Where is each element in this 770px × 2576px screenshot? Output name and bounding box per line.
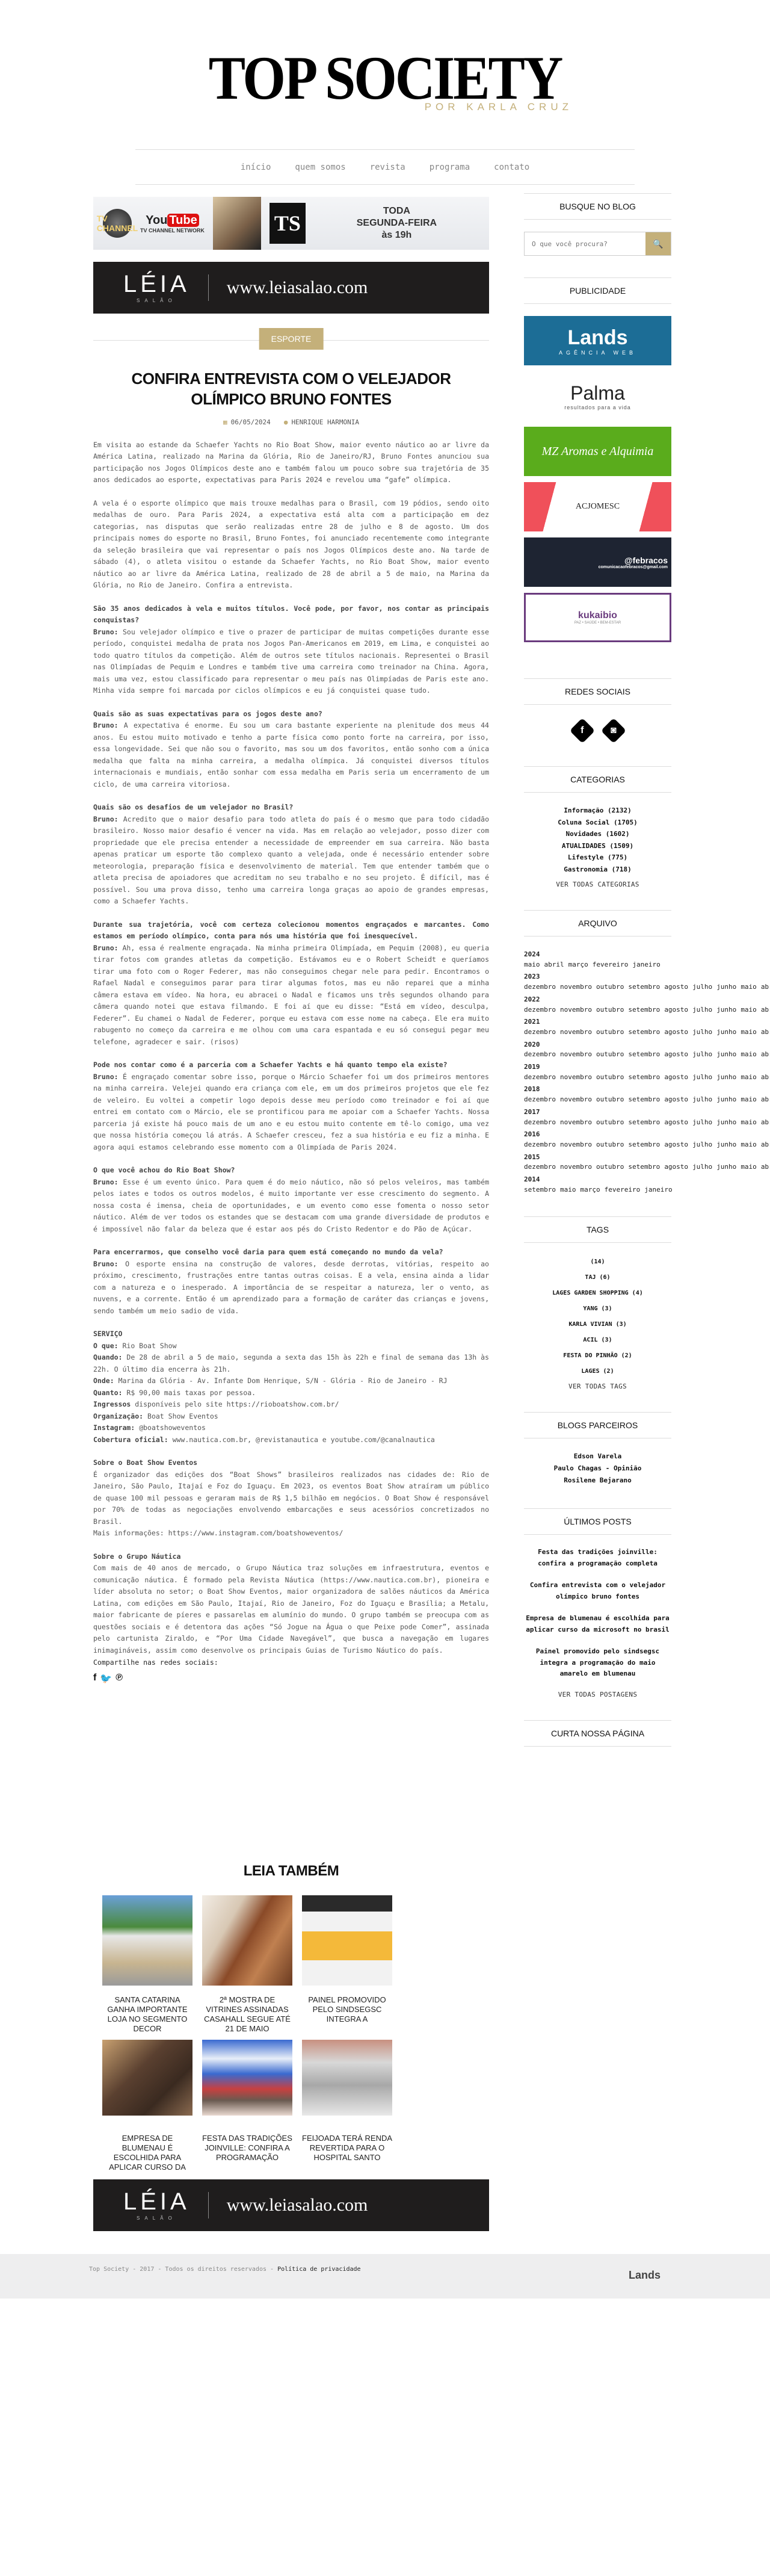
archive-year[interactable]: 2022 bbox=[524, 995, 671, 1005]
archive-month-link[interactable]: maio bbox=[741, 1073, 757, 1081]
archive-month-link[interactable]: abril bbox=[761, 1095, 770, 1103]
archive-year[interactable]: 2021 bbox=[524, 1017, 671, 1027]
latest-post-link[interactable]: Empresa de blumenau é escolhida para apl… bbox=[524, 1613, 671, 1635]
tag-link[interactable]: ACIL (3) bbox=[524, 1337, 671, 1343]
qa-block: Quais são as suas expectativas para os j… bbox=[93, 708, 489, 791]
archive-month-link[interactable]: abril bbox=[761, 1163, 770, 1171]
archive-month-link[interactable]: abril bbox=[761, 1141, 770, 1148]
archive-month-link[interactable]: julho bbox=[692, 1095, 712, 1103]
archive-month-link[interactable]: setembro bbox=[628, 1141, 660, 1148]
facebook-share-icon[interactable]: f bbox=[93, 1673, 96, 1685]
related-grid: SANTA CATARINA GANHA IMPORTANTE LOJA NO … bbox=[102, 1895, 489, 2173]
archive-month-link[interactable]: maio bbox=[741, 983, 757, 991]
archive-month-link[interactable]: maio bbox=[741, 1163, 757, 1171]
schedule-text: TODA SEGUNDA-FEIRA às 19h bbox=[314, 205, 479, 241]
widget-title: ÚLTIMOS POSTS bbox=[524, 1508, 671, 1535]
archive-month-link[interactable]: fevereiro bbox=[605, 1186, 641, 1194]
archive-month-link[interactable]: abril bbox=[761, 1028, 770, 1036]
archive-year[interactable]: 2018 bbox=[524, 1085, 671, 1095]
archive-month-link[interactable]: novembro bbox=[560, 1163, 592, 1171]
archive-month-link[interactable]: dezembro bbox=[524, 1141, 556, 1148]
latest-post-link[interactable]: Painel promovido pelo sindsegsc integra … bbox=[524, 1646, 671, 1680]
article-body: Em visita ao estande da Schaefer Yachts … bbox=[93, 439, 489, 1685]
site-footer: Top Society - 2017 - Todos os direitos r… bbox=[0, 2254, 770, 2299]
tag-link[interactable]: LAGES GARDEN SHOPPING (4) bbox=[524, 1290, 671, 1296]
nav-inicio[interactable]: início bbox=[241, 163, 271, 172]
archive-month-link[interactable]: dezembro bbox=[524, 1163, 556, 1171]
post-date: ▦06/05/2024 bbox=[223, 418, 271, 426]
ads-widget: PUBLICIDADE LandsAGÊNCIA WEB Palmaresult… bbox=[524, 277, 671, 642]
category-link[interactable]: Gastronomia (718) bbox=[524, 864, 671, 876]
top-society-logo: TS bbox=[269, 203, 306, 244]
archive-month-link[interactable]: junho bbox=[716, 1073, 736, 1081]
ad-mz-aromas[interactable]: MZ Aromas e Alquimia bbox=[524, 427, 671, 476]
qa-block: Quais são os desafios de um velejador no… bbox=[93, 802, 489, 908]
search-icon: 🔍 bbox=[653, 239, 663, 249]
archive-months: dezembronovembrooutubrosetembroagostojul… bbox=[524, 1073, 671, 1083]
qa-block: Durante sua trajetória, você com certeza… bbox=[93, 919, 489, 1048]
qa-block: São 35 anos dedicados à vela e muitos tí… bbox=[93, 603, 489, 697]
archive-month-link[interactable]: agosto bbox=[664, 1050, 688, 1058]
main-content: TV CHANNEL YouTube TV CHANNEL NETWORK TS… bbox=[93, 193, 489, 2231]
archive-year[interactable]: 2020 bbox=[524, 1040, 671, 1050]
nav-quem-somos[interactable]: quem somos bbox=[295, 163, 345, 172]
archive-month-link[interactable]: outubro bbox=[596, 1163, 624, 1171]
related-image[interactable] bbox=[202, 1895, 292, 1986]
tag-link[interactable]: KARLA VIVIAN (3) bbox=[524, 1321, 671, 1328]
archive-months: setembromaiomarçofevereirojaneiro bbox=[524, 1185, 671, 1195]
tag-link[interactable]: TAJ (6) bbox=[524, 1274, 671, 1281]
related-image[interactable] bbox=[302, 1895, 392, 1986]
widget-title: ARQUIVO bbox=[524, 910, 671, 937]
leia-url: www.leiasalao.com bbox=[227, 277, 368, 298]
twitter-share-icon[interactable]: 🐦 bbox=[100, 1673, 112, 1685]
archive-month-link[interactable]: julho bbox=[692, 1028, 712, 1036]
archive-month-link[interactable]: abril bbox=[761, 1006, 770, 1014]
copyright: Top Society - 2017 - Todos os direitos r… bbox=[89, 2266, 361, 2273]
qa-block: O que você achou do Rio Boat Show?Bruno:… bbox=[93, 1165, 489, 1235]
leia-salao-banner-bottom[interactable]: LÉIASALÃO www.leiasalao.com bbox=[93, 2179, 489, 2231]
banner-divider bbox=[208, 274, 209, 301]
archive-month-link[interactable]: março bbox=[580, 1186, 600, 1194]
instagram-icon[interactable]: ◙ bbox=[600, 718, 626, 743]
widget-title: TAGS bbox=[524, 1216, 671, 1243]
privacy-link[interactable]: Política de privacidade bbox=[277, 2266, 360, 2273]
archive-month-link[interactable]: junho bbox=[716, 1028, 736, 1036]
tv-channel-banner[interactable]: TV CHANNEL YouTube TV CHANNEL NETWORK TS… bbox=[93, 197, 489, 250]
search-button[interactable]: 🔍 bbox=[645, 232, 671, 255]
archive-month-link[interactable]: setembro bbox=[628, 1163, 660, 1171]
archive-month-link[interactable]: novembro bbox=[560, 1141, 592, 1148]
share-label: Compartilhe nas redes sociais: bbox=[93, 1657, 489, 1669]
article-title: CONFIRA ENTREVISTA COM O VELEJADOR OLÍMP… bbox=[93, 369, 489, 410]
archive-month-link[interactable]: novembro bbox=[560, 1006, 592, 1014]
leia-logo: LÉIASALÃO bbox=[123, 2190, 190, 2221]
related-image[interactable] bbox=[302, 2040, 392, 2116]
about-boatshow: Sobre o Boat Show Eventos É organizador … bbox=[93, 1457, 489, 1540]
sidebar: BUSQUE NO BLOG 🔍 PUBLICIDADE LandsAGÊNCI… bbox=[524, 193, 671, 2231]
search-input[interactable] bbox=[525, 232, 645, 255]
archive-month-link[interactable]: maio bbox=[741, 1095, 757, 1103]
related-card[interactable]: PAINEL PROMOVIDO PELO SINDSEGSC INTEGRA … bbox=[302, 1895, 392, 2035]
tag-link[interactable]: FESTA DO PINHÃO (2) bbox=[524, 1352, 671, 1359]
archive-months: dezembronovembrooutubrosetembroagostojul… bbox=[524, 1140, 671, 1150]
latest-post-link[interactable]: Festa das tradições joinville: confira a… bbox=[524, 1547, 671, 1569]
archive-month-link[interactable]: dezembro bbox=[524, 1073, 556, 1081]
archive-month-link[interactable]: maio bbox=[741, 1141, 757, 1148]
site-tagline: POR KARLA CRUZ bbox=[425, 101, 573, 113]
category-link[interactable]: Coluna Social (1705) bbox=[524, 817, 671, 829]
archive-month-link[interactable]: julho bbox=[692, 1050, 712, 1058]
archive-month-link[interactable]: maio bbox=[741, 1118, 757, 1126]
article-meta: ▦06/05/2024 ●HENRIQUE HARMONIA bbox=[93, 418, 489, 426]
category-badge[interactable]: ESPORTE bbox=[259, 328, 324, 350]
site-header: TOP SOCIETY POR KARLA CRUZ bbox=[0, 0, 770, 149]
archive-month-link[interactable]: maio bbox=[560, 1186, 576, 1194]
archive-year[interactable]: 2019 bbox=[524, 1062, 671, 1073]
widget-title: REDES SOCIAIS bbox=[524, 678, 671, 705]
related-image[interactable] bbox=[102, 2040, 192, 2116]
tags-widget: TAGS (14) TAJ (6) LAGES GARDEN SHOPPING … bbox=[524, 1216, 671, 1390]
widget-title: BLOGS PARCEIROS bbox=[524, 1412, 671, 1438]
partners-widget: BLOGS PARCEIROS Edson Varela Paulo Chaga… bbox=[524, 1412, 671, 1487]
archive-month-link[interactable]: setembro bbox=[524, 1186, 556, 1194]
archive-month-link[interactable]: agosto bbox=[664, 1006, 688, 1014]
archive-month-link[interactable]: agosto bbox=[664, 983, 688, 991]
archive-month-link[interactable]: setembro bbox=[628, 1050, 660, 1058]
archive-month-link[interactable]: julho bbox=[692, 1118, 712, 1126]
archive-month-link[interactable]: dezembro bbox=[524, 1118, 556, 1126]
social-widget: REDES SOCIAIS f ◙ bbox=[524, 678, 671, 743]
archive-months: dezembronovembrooutubrosetembroagostojul… bbox=[524, 1005, 671, 1015]
all-categories-link[interactable]: VER TODAS CATEGORIAS bbox=[524, 881, 671, 888]
latest-posts-widget: ÚLTIMOS POSTS Festa das tradições joinvi… bbox=[524, 1508, 671, 1698]
archive-month-link[interactable]: maio bbox=[524, 961, 540, 968]
archive-month-link[interactable]: maio bbox=[741, 1006, 757, 1014]
intro-paragraph: A vela é o esporte olímpico que mais tro… bbox=[93, 498, 489, 592]
about-nautica: Sobre o Grupo Náutica Com mais de 40 ano… bbox=[93, 1551, 489, 1657]
archive-year[interactable]: 2017 bbox=[524, 1107, 671, 1118]
presenter-photo bbox=[213, 197, 261, 250]
archive-month-link[interactable]: dezembro bbox=[524, 1095, 556, 1103]
archive-month-link[interactable]: maio bbox=[741, 1028, 757, 1036]
intro-paragraph: Em visita ao estande da Schaefer Yachts … bbox=[93, 439, 489, 486]
archive-month-link[interactable]: novembro bbox=[560, 1050, 592, 1058]
archive-month-link[interactable]: outubro bbox=[596, 1118, 624, 1126]
related-card[interactable]: SANTA CATARINA GANHA IMPORTANTE LOJA NO … bbox=[102, 1895, 192, 2035]
archive-month-link[interactable]: julho bbox=[692, 1006, 712, 1014]
post-author[interactable]: ●HENRIQUE HARMONIA bbox=[284, 418, 359, 426]
qa-block: Pode nos contar como é a parceria com a … bbox=[93, 1059, 489, 1153]
archive-month-link[interactable]: maio bbox=[741, 1050, 757, 1058]
ad-lands[interactable]: LandsAGÊNCIA WEB bbox=[524, 316, 671, 365]
partner-link[interactable]: Paulo Chagas - Opinião bbox=[524, 1463, 671, 1475]
archive-month-link[interactable]: setembro bbox=[628, 1118, 660, 1126]
category-link[interactable]: Informação (2132) bbox=[524, 805, 671, 817]
archive-year[interactable]: 2014 bbox=[524, 1175, 671, 1185]
all-tags-link[interactable]: VER TODAS TAGS bbox=[524, 1382, 671, 1390]
archive-month-link[interactable]: agosto bbox=[664, 1141, 688, 1148]
archive-month-link[interactable]: outubro bbox=[596, 1141, 624, 1148]
archive-month-link[interactable]: junho bbox=[716, 1141, 736, 1148]
archive-month-link[interactable]: junho bbox=[716, 1118, 736, 1126]
archive-month-link[interactable]: junho bbox=[716, 983, 736, 991]
archive-month-link[interactable]: abril bbox=[761, 983, 770, 991]
archive-month-link[interactable]: setembro bbox=[628, 983, 660, 991]
archive-month-link[interactable]: março bbox=[568, 961, 588, 968]
related-image[interactable] bbox=[202, 2040, 292, 2116]
archive-year[interactable]: 2016 bbox=[524, 1130, 671, 1140]
archive-month-link[interactable]: outubro bbox=[596, 983, 624, 991]
ad-acjomesc[interactable]: ACJOMESC bbox=[524, 482, 671, 531]
related-card[interactable]: 2ª MOSTRA DE VITRINES ASSINADAS CASAHALL… bbox=[202, 1895, 292, 2035]
archive-month-link[interactable]: outubro bbox=[596, 1028, 624, 1036]
archive-year[interactable]: 2023 bbox=[524, 972, 671, 982]
category-link[interactable]: ATUALIDADES (1509) bbox=[524, 840, 671, 852]
leia-logo: LÉIASALÃO bbox=[123, 272, 190, 303]
all-posts-link[interactable]: VER TODAS POSTAGENS bbox=[524, 1691, 671, 1698]
archive-month-link[interactable]: agosto bbox=[664, 1118, 688, 1126]
banner-divider bbox=[208, 2192, 209, 2218]
lands-footer-logo[interactable]: Lands bbox=[629, 2269, 661, 2282]
archive-months: dezembronovembrooutubrosetembroagostojul… bbox=[524, 1027, 671, 1038]
archive-month-link[interactable]: abril bbox=[761, 1050, 770, 1058]
main-nav: início quem somos revista programa conta… bbox=[135, 149, 635, 185]
archive-months: maioabrilmarçofevereirojaneiro bbox=[524, 960, 671, 970]
tag-link[interactable]: (14) bbox=[524, 1259, 671, 1265]
archive-months: dezembronovembrooutubrosetembroagostojul… bbox=[524, 1118, 671, 1128]
archive-month-link[interactable]: junho bbox=[716, 1095, 736, 1103]
partner-link[interactable]: Rosilene Bejarano bbox=[524, 1475, 671, 1487]
related-title: LEIA TAMBÉM bbox=[93, 1863, 489, 1880]
archive-month-link[interactable]: outubro bbox=[596, 1095, 624, 1103]
related-card[interactable]: EMPRESA DE BLUMENAU É ESCOLHIDA PARA APL… bbox=[102, 2040, 192, 2173]
youtube-logo: YouTube TV CHANNEL NETWORK bbox=[140, 214, 205, 234]
archive-month-link[interactable]: setembro bbox=[628, 1006, 660, 1014]
archive-month-link[interactable]: junho bbox=[716, 1163, 736, 1171]
nav-contato[interactable]: contato bbox=[494, 163, 529, 172]
ad-palma[interactable]: Palmaresultados para a vida bbox=[524, 371, 671, 421]
archive-month-link[interactable]: dezembro bbox=[524, 1028, 556, 1036]
archive-month-link[interactable]: julho bbox=[692, 1163, 712, 1171]
archive-month-link[interactable]: junho bbox=[716, 1006, 736, 1014]
category-row: ESPORTE bbox=[93, 328, 489, 352]
facebook-icon[interactable]: f bbox=[569, 718, 594, 743]
tag-link[interactable]: LAGES (2) bbox=[524, 1368, 671, 1375]
archive-month-link[interactable]: janeiro bbox=[632, 961, 660, 968]
archive-widget: ARQUIVO 2024maioabrilmarçofevereirojanei… bbox=[524, 910, 671, 1195]
archive-month-link[interactable]: agosto bbox=[664, 1095, 688, 1103]
archive-month-link[interactable]: abril bbox=[761, 1118, 770, 1126]
partner-link[interactable]: Edson Varela bbox=[524, 1451, 671, 1463]
category-link[interactable]: Lifestyle (775) bbox=[524, 852, 671, 864]
archive-month-link[interactable]: abril bbox=[761, 1073, 770, 1081]
archive-month-link[interactable]: agosto bbox=[664, 1028, 688, 1036]
widget-title: PUBLICIDADE bbox=[524, 277, 671, 304]
archive-months: dezembronovembrooutubrosetembroagostojul… bbox=[524, 1095, 671, 1105]
nav-programa[interactable]: programa bbox=[430, 163, 470, 172]
archive-month-link[interactable]: julho bbox=[692, 983, 712, 991]
widget-title: CATEGORIAS bbox=[524, 766, 671, 793]
archive-months: dezembronovembrooutubrosetembroagostojul… bbox=[524, 1162, 671, 1172]
archive-month-link[interactable]: abril bbox=[544, 961, 564, 968]
archive-month-link[interactable]: fevereiro bbox=[593, 961, 629, 968]
pinterest-share-icon[interactable]: ℗ bbox=[115, 1673, 123, 1685]
archive-month-link[interactable]: novembro bbox=[560, 983, 592, 991]
archive-month-link[interactable]: setembro bbox=[628, 1095, 660, 1103]
archive-year[interactable]: 2015 bbox=[524, 1153, 671, 1163]
search-widget: BUSQUE NO BLOG 🔍 bbox=[524, 193, 671, 256]
categories-widget: CATEGORIAS Informação (2132) Coluna Soci… bbox=[524, 766, 671, 888]
archive-month-link[interactable]: setembro bbox=[628, 1073, 660, 1081]
site-logo[interactable]: TOP SOCIETY bbox=[0, 47, 770, 109]
related-image[interactable] bbox=[102, 1895, 192, 1986]
archive-months: dezembronovembrooutubrosetembroagostojul… bbox=[524, 982, 671, 992]
user-icon: ● bbox=[284, 418, 288, 426]
archive-month-link[interactable]: outubro bbox=[596, 1050, 624, 1058]
like-page-widget: CURTA NOSSA PÁGINA bbox=[524, 1720, 671, 1747]
ad-febracos[interactable]: @febracoscomunicacaofebracos@gmail.com bbox=[524, 537, 671, 587]
latest-post-link[interactable]: Confira entrevista com o velejador olímp… bbox=[524, 1580, 671, 1602]
share-icons: f 🐦 ℗ bbox=[93, 1673, 489, 1685]
archive-month-link[interactable]: julho bbox=[692, 1141, 712, 1148]
archive-month-link[interactable]: dezembro bbox=[524, 1006, 556, 1014]
widget-title: BUSQUE NO BLOG bbox=[524, 193, 671, 220]
tag-link[interactable]: YANG (3) bbox=[524, 1305, 671, 1312]
archive-month-link[interactable]: dezembro bbox=[524, 1050, 556, 1058]
leia-url: www.leiasalao.com bbox=[227, 2195, 368, 2215]
ad-kukaibio[interactable]: kukaibioPAZ • SAÚDE • BEM-ESTAR bbox=[524, 593, 671, 642]
related-card[interactable]: FEIJOADA TERÁ RENDA REVERTIDA PARA O HOS… bbox=[302, 2040, 392, 2173]
archive-month-link[interactable]: novembro bbox=[560, 1073, 592, 1081]
tv-channel-logo: TV CHANNEL bbox=[103, 209, 132, 238]
archive-month-link[interactable]: novembro bbox=[560, 1118, 592, 1126]
archive-month-link[interactable]: outubro bbox=[596, 1073, 624, 1081]
archive-month-link[interactable]: outubro bbox=[596, 1006, 624, 1014]
archive-list: 2024maioabrilmarçofevereirojaneiro2023de… bbox=[524, 950, 671, 1195]
calendar-icon: ▦ bbox=[223, 418, 227, 426]
nav-revista[interactable]: revista bbox=[370, 163, 405, 172]
widget-title: CURTA NOSSA PÁGINA bbox=[524, 1720, 671, 1747]
archive-month-link[interactable]: agosto bbox=[664, 1163, 688, 1171]
category-link[interactable]: Novidades (1602) bbox=[524, 828, 671, 840]
archive-month-link[interactable]: novembro bbox=[560, 1028, 592, 1036]
archive-month-link[interactable]: junho bbox=[716, 1050, 736, 1058]
archive-months: dezembronovembrooutubrosetembroagostojul… bbox=[524, 1050, 671, 1060]
archive-year[interactable]: 2024 bbox=[524, 950, 671, 960]
service-block: SERVIÇO O que: Rio Boat Show Quando: De … bbox=[93, 1328, 489, 1446]
archive-month-link[interactable]: julho bbox=[692, 1073, 712, 1081]
related-card[interactable]: FESTA DAS TRADIÇÕES JOINVILLE: CONFIRA A… bbox=[202, 2040, 292, 2173]
qa-block: Para encerrarmos, que conselho você dari… bbox=[93, 1246, 489, 1317]
archive-month-link[interactable]: agosto bbox=[664, 1073, 688, 1081]
archive-month-link[interactable]: novembro bbox=[560, 1095, 592, 1103]
leia-salao-banner[interactable]: LÉIASALÃO www.leiasalao.com bbox=[93, 262, 489, 314]
archive-month-link[interactable]: setembro bbox=[628, 1028, 660, 1036]
archive-month-link[interactable]: dezembro bbox=[524, 983, 556, 991]
archive-month-link[interactable]: janeiro bbox=[644, 1186, 672, 1194]
